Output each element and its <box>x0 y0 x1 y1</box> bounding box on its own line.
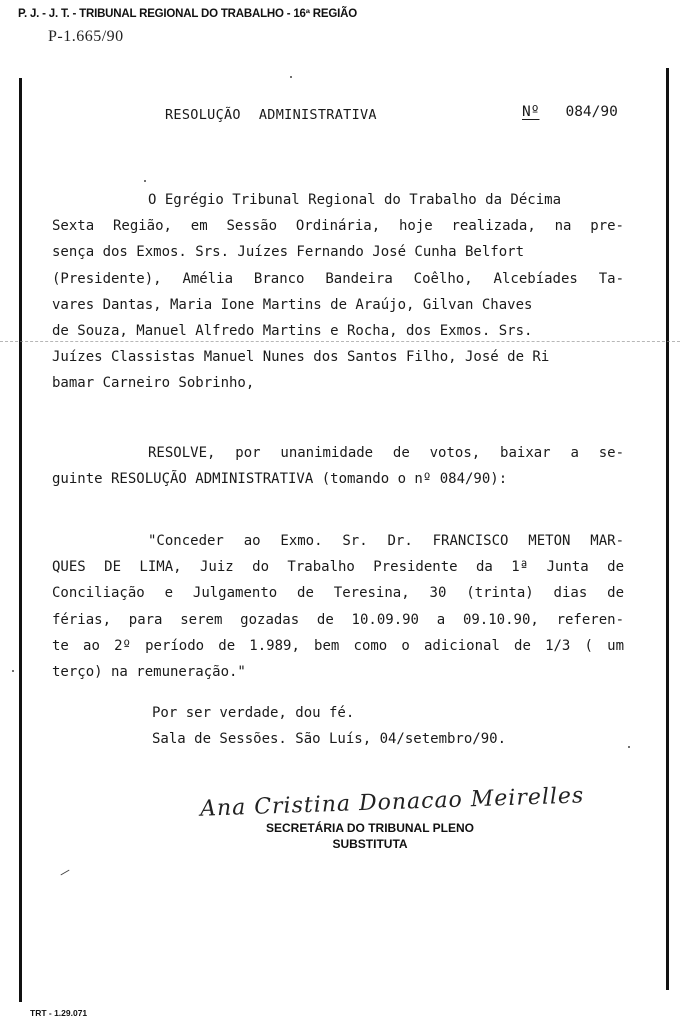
document-title: RESOLUÇÃOADMINISTRATIVA <box>165 107 377 123</box>
left-margin-rule <box>19 78 22 1002</box>
signatory-role: SECRETÁRIA DO TRIBUNAL PLENO <box>0 820 680 836</box>
text-line: (Presidente), Amélia Branco Bandeira Coê… <box>52 266 624 292</box>
closing-statement: Por ser verdade, dou fé. Sala de Sessões… <box>52 700 624 752</box>
title-word-1: RESOLUÇÃO <box>165 107 241 123</box>
text-line: terço) na remuneração." <box>52 659 624 685</box>
number-value: 084/90 <box>565 104 617 120</box>
intro-paragraph: O Egrégio Tribunal Regional do Trabalho … <box>52 187 624 397</box>
number-label: Nº <box>522 104 539 120</box>
resolve-paragraph: RESOLVE, por unanimidade de votos, baixa… <box>52 440 624 492</box>
process-number: P-1.665/90 <box>48 28 124 46</box>
scan-speck <box>144 180 146 182</box>
scan-speck <box>290 76 292 78</box>
text-line: Sala de Sessões. São Luís, 04/setembro/9… <box>52 726 624 752</box>
text-line: sença dos Exmos. Srs. Juízes Fernando Jo… <box>52 239 624 265</box>
signatory-qualifier: SUBSTITUTA <box>0 836 680 852</box>
decision-paragraph: "Conceder ao Exmo. Sr. Dr. FRANCISCO MET… <box>52 528 624 685</box>
text-line: de Souza, Manuel Alfredo Martins e Rocha… <box>52 318 624 344</box>
text-line: Sexta Região, em Sessão Ordinária, hoje … <box>52 213 624 239</box>
text-line: QUES DE LIMA, Juiz do Trabalho President… <box>52 554 624 580</box>
text-line: Por ser verdade, dou fé. <box>52 700 624 726</box>
title-word-2: ADMINISTRATIVA <box>259 107 377 123</box>
form-code: TRT - 1.29.071 <box>30 1008 87 1018</box>
text-line: férias, para serem gozadas de 10.09.90 a… <box>52 607 624 633</box>
text-line: "Conceder ao Exmo. Sr. Dr. FRANCISCO MET… <box>52 528 624 554</box>
text-line: O Egrégio Tribunal Regional do Trabalho … <box>52 187 624 213</box>
text-line: vares Dantas, Maria Ione Martins de Araú… <box>52 292 624 318</box>
text-line: guinte RESOLUÇÃO ADMINISTRATIVA (tomando… <box>52 466 624 492</box>
scan-speck <box>12 670 14 672</box>
handwritten-signature: Ana Cristina Donacao Meirelles <box>200 783 585 821</box>
text-line: Conciliação e Julgamento de Teresina, 30… <box>52 580 624 606</box>
text-line: te ao 2º período de 1.989, bem como o ad… <box>52 633 624 659</box>
text-line: bamar Carneiro Sobrinho, <box>52 370 624 396</box>
text-line: RESOLVE, por unanimidade de votos, baixa… <box>52 440 624 466</box>
scan-speck <box>628 746 630 748</box>
resolution-number: Nº084/90 <box>522 104 618 120</box>
text-line: Juízes Classistas Manuel Nunes dos Santo… <box>52 344 624 370</box>
scan-speck <box>60 870 69 876</box>
institution-header: P. J. - J. T. - TRIBUNAL REGIONAL DO TRA… <box>18 8 357 20</box>
